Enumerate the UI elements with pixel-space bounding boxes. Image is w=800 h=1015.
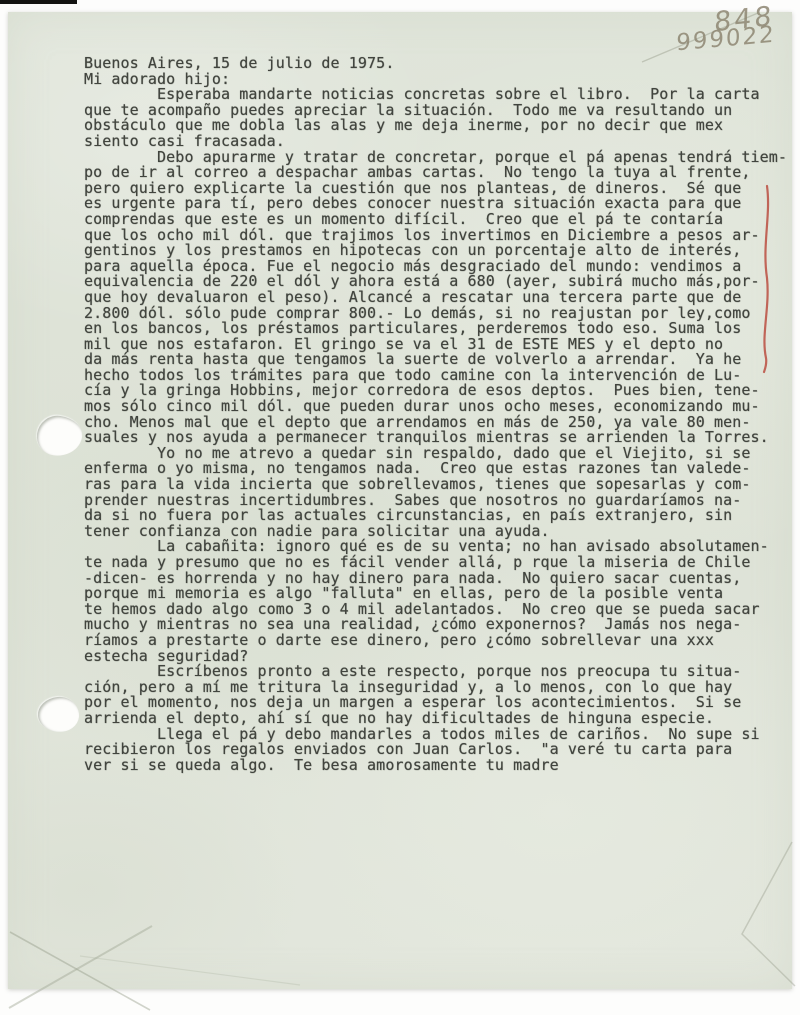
scan-artifact-top-left xyxy=(0,0,77,4)
scan-background: Buenos Aires, 15 de julio de 1975.Mi ado… xyxy=(0,0,800,1015)
typed-letter-text: Buenos Aires, 15 de julio de 1975.Mi ado… xyxy=(84,56,784,773)
letter-line: ver si se queda algo. Te besa amorosamen… xyxy=(84,758,784,774)
